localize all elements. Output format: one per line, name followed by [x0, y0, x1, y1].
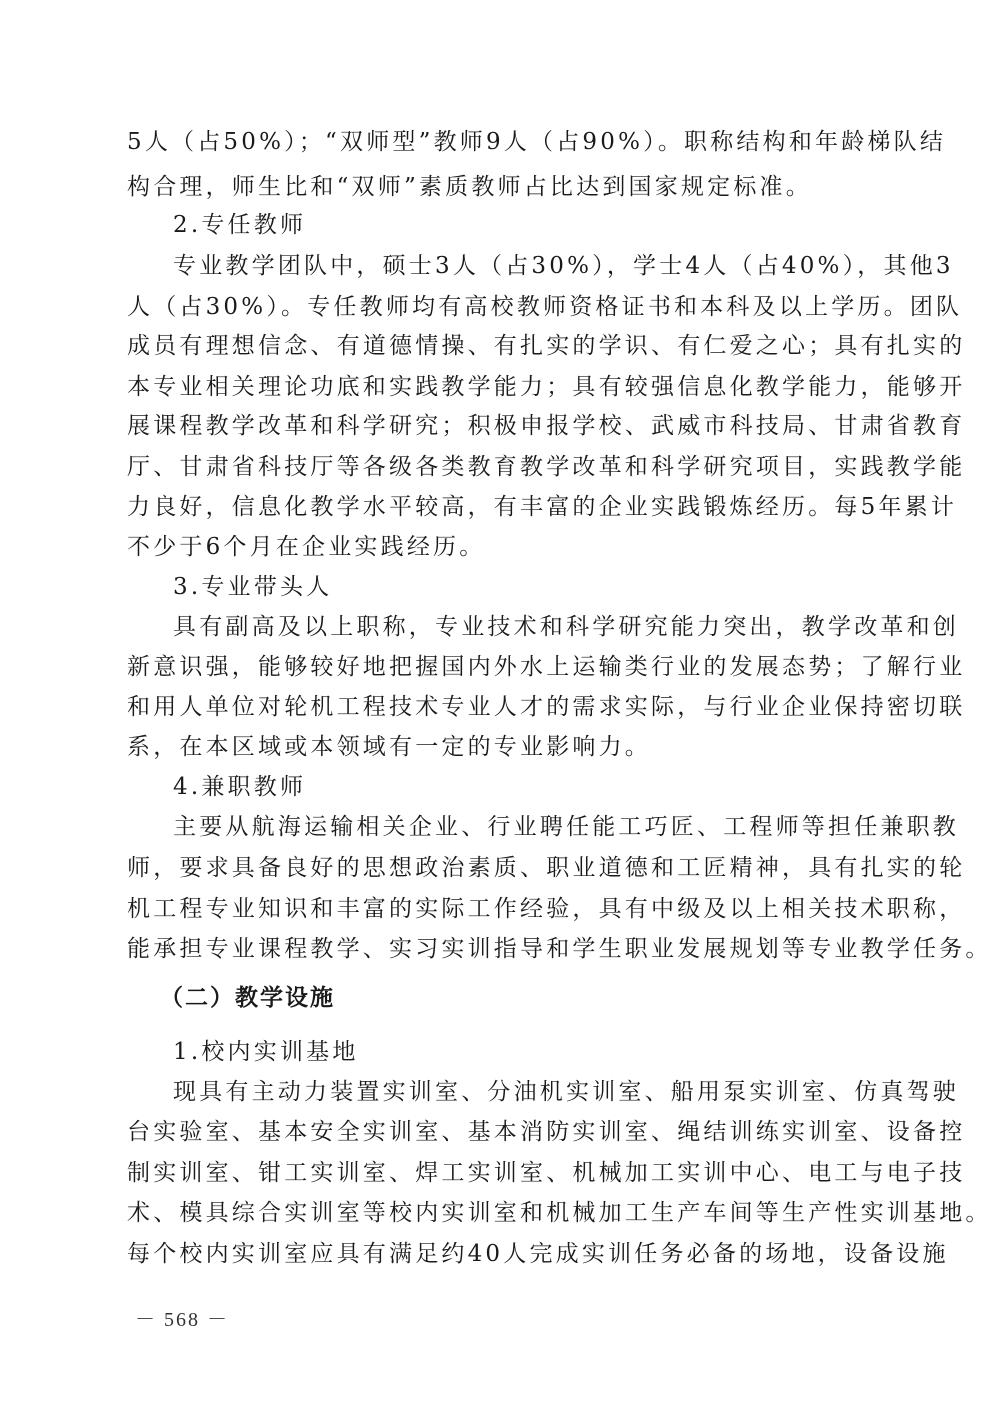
text-line: 具有副高及以上职称，专业技术和科学研究能力突出，教学改革和创 — [173, 612, 933, 642]
text-line: 台实验室、基本安全实训室、基本消防实训室、绳结训练实训室、设备控 — [127, 1117, 887, 1147]
text-line: 不少于6个月在企业实践经历。 — [127, 532, 887, 562]
section-heading-parttime-teachers: 4.兼职教师 — [173, 772, 933, 802]
text-line: 展课程教学改革和科学研究；积极申报学校、武威市科技局、甘肃省教育 — [127, 411, 887, 441]
text-line: 本专业相关理论功底和实践教学能力；具有较强信息化教学能力，能够开 — [127, 372, 887, 402]
text-line: 术、模具综合实训室等校内实训室和机械加工生产车间等生产性实训基地。 — [127, 1198, 887, 1228]
text-line: 主要从航海运输相关企业、行业聘任能工巧匠、工程师等担任兼职教 — [173, 812, 933, 842]
text-line: 厅、甘肃省科技厅等各级各类教育教学改革和科学研究项目，实践教学能 — [127, 452, 887, 482]
text-line: 新意识强，能够较好地把握国内外水上运输类行业的发展态势；了解行业 — [127, 652, 887, 682]
text-line: 系，在本区域或本领域有一定的专业影响力。 — [127, 732, 887, 762]
text-line: 现具有主动力装置实训室、分油机实训室、船用泵实训室、仿真驾驶 — [173, 1077, 933, 1107]
section-heading-oncampus-training-base: 1.校内实训基地 — [173, 1037, 933, 1067]
text-line: 成员有理想信念、有道德情操、有扎实的学识、有仁爱之心；具有扎实的 — [127, 331, 887, 361]
section-heading-program-leader: 3.专业带头人 — [173, 572, 933, 602]
text-line: 能承担专业课程教学、实习实训指导和学生职业发展规划等专业教学任务。 — [127, 934, 887, 964]
text-line: 人（占30%）。专任教师均有高校教师资格证书和本科及以上学历。团队 — [127, 292, 887, 322]
text-line: 专业教学团队中，硕士3人（占30%），学士4人（占40%），其他3 — [173, 251, 933, 281]
section-heading-fulltime-teachers: 2.专任教师 — [173, 210, 933, 240]
text-line: 机工程专业知识和丰富的实际工作经验，具有中级及以上相关技术职称， — [127, 894, 887, 924]
text-line: 每个校内实训室应具有满足约40人完成实训任务必备的场地，设备设施 — [127, 1239, 887, 1269]
text-line: 力良好，信息化教学水平较高，有丰富的企业实践锻炼经历。每5年累计 — [127, 492, 887, 522]
document-page: 5人（占50%）；“双师型”教师9人（占90%）。职称结构和年龄梯队结 构合理，… — [0, 0, 1000, 1414]
text-line: 5人（占50%）；“双师型”教师9人（占90%）。职称结构和年龄梯队结 — [127, 127, 887, 157]
section-heading-teaching-facilities: （二）教学设施 — [160, 983, 920, 1013]
page-number: － 568 － — [135, 1303, 229, 1332]
text-line: 和用人单位对轮机工程技术专业人才的需求实际，与行业企业保持密切联 — [127, 692, 887, 722]
text-line: 制实训室、钳工实训室、焊工实训室、机械加工实训中心、电工与电子技 — [127, 1158, 887, 1188]
text-line: 师，要求具备良好的思想政治素质、职业道德和工匠精神，具有扎实的轮 — [127, 853, 887, 883]
text-line: 构合理，师生比和“双师”素质教师占比达到国家规定标准。 — [127, 172, 887, 202]
